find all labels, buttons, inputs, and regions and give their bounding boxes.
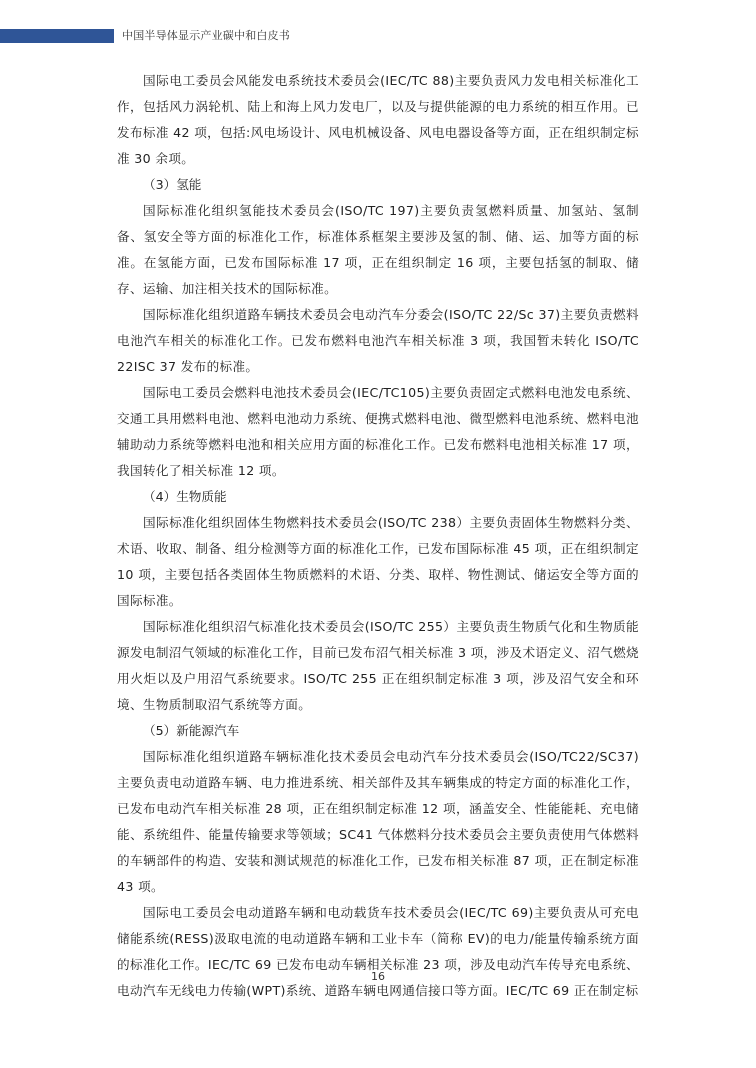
header-accent-bar <box>0 29 114 43</box>
document-title: 中国半导体显示产业碳中和白皮书 <box>122 28 290 44</box>
paragraph-iso-tc255: 国际标准化组织沼气标准化技术委员会(ISO/TC 255）主要负责生物质气化和生… <box>117 614 639 718</box>
paragraph-iso-tc22-sc37-fuel-cell: 国际标准化组织道路车辆技术委员会电动汽车分委会(ISO/TC 22/Sc 37)… <box>117 302 639 380</box>
section-heading-biomass: （4）生物质能 <box>117 484 639 510</box>
page-body: 国际电工委员会风能发电系统技术委员会(IEC/TC 88)主要负责风力发电相关标… <box>117 68 639 1004</box>
paragraph-iec-tc88: 国际电工委员会风能发电系统技术委员会(IEC/TC 88)主要负责风力发电相关标… <box>117 68 639 172</box>
section-heading-nev: （5）新能源汽车 <box>117 718 639 744</box>
page-header: 中国半导体显示产业碳中和白皮书 <box>0 28 756 44</box>
paragraph-iso-tc197: 国际标准化组织氢能技术委员会(ISO/TC 197)主要负责氢燃料质量、加氢站、… <box>117 198 639 302</box>
paragraph-iec-tc105: 国际电工委员会燃料电池技术委员会(IEC/TC105)主要负责固定式燃料电池发电… <box>117 380 639 484</box>
paragraph-iso-tc238: 国际标准化组织固体生物燃料技术委员会(ISO/TC 238）主要负责固体生物燃料… <box>117 510 639 614</box>
paragraph-iso-tc22-sc37-ev: 国际标准化组织道路车辆标准化技术委员会电动汽车分技术委员会(ISO/TC22/S… <box>117 744 639 900</box>
page-number: 16 <box>0 970 756 983</box>
paragraph-iec-tc69: 国际电工委员会电动道路车辆和电动载货车技术委员会(IEC/TC 69)主要负责从… <box>117 900 639 1004</box>
section-heading-hydrogen: （3）氢能 <box>117 172 639 198</box>
